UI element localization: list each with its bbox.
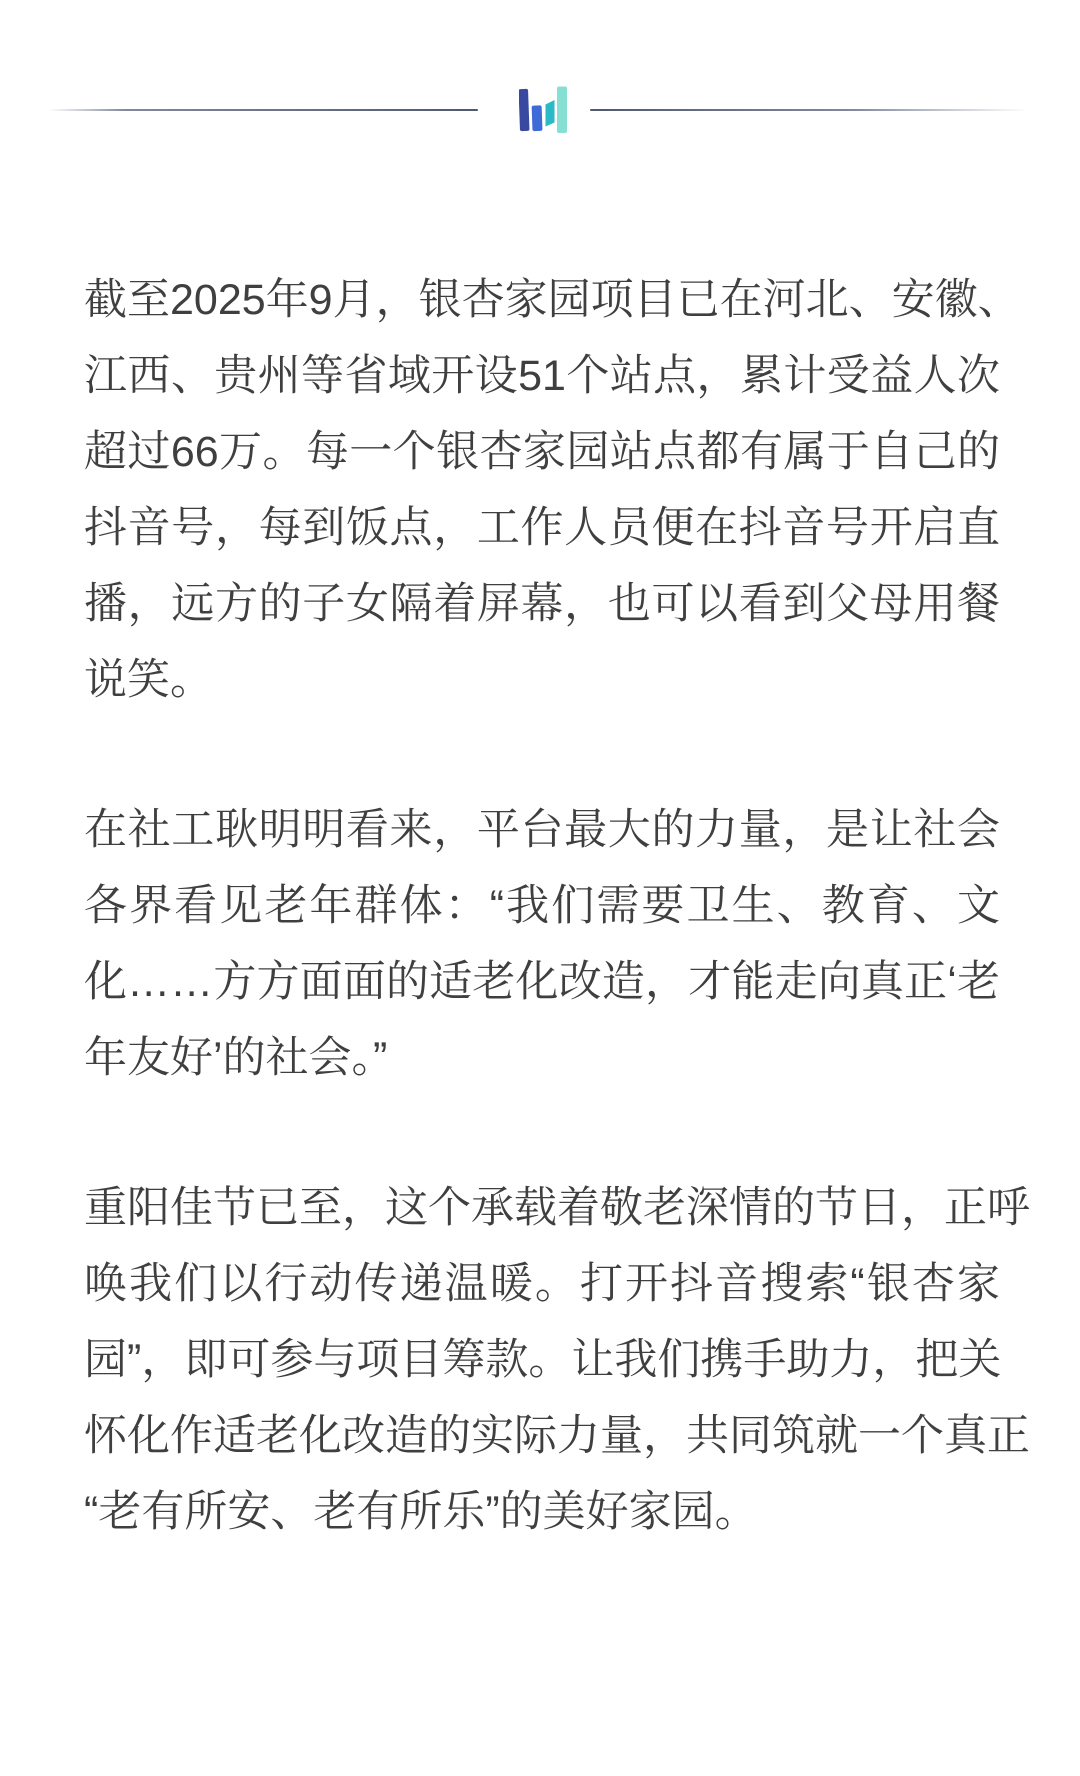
text-line: 化……方方面面的适老化改造，才能走向真正‘老 bbox=[84, 944, 1000, 1020]
article-body: 截至2025年9月，银杏家园项目已在河北、安徽、江西、贵州等省域开设51个站点，… bbox=[84, 262, 1000, 1624]
bar-chart-logo-icon bbox=[519, 86, 567, 134]
text-line: 在社工耿明明看来，平台最大的力量，是让社会 bbox=[84, 792, 1000, 868]
text-line: 各界看见老年群体：“我们需要卫生、教育、文 bbox=[84, 868, 1000, 944]
text-line: 重阳佳节已至，这个承载着敬老深情的节日，正呼 bbox=[84, 1170, 1000, 1246]
text-line: 唤我们以行动传递温暖。打开抖音搜索“银杏家 bbox=[84, 1246, 1000, 1322]
text-line: “老有所安、老有所乐”的美好家园。 bbox=[84, 1474, 1000, 1550]
text-line: 抖音号，每到饭点，工作人员便在抖音号开启直 bbox=[84, 490, 1000, 566]
text-line: 说笑。 bbox=[84, 642, 1000, 718]
header-divider bbox=[0, 86, 1080, 134]
article-page: 截至2025年9月，银杏家园项目已在河北、安徽、江西、贵州等省域开设51个站点，… bbox=[0, 0, 1080, 1776]
text-line: 超过66万。每一个银杏家园站点都有属于自己的 bbox=[84, 414, 1000, 490]
paragraph: 在社工耿明明看来，平台最大的力量，是让社会各界看见老年群体：“我们需要卫生、教育… bbox=[84, 792, 1000, 1096]
text-line: 园”，即可参与项目筹款。让我们携手助力，把关 bbox=[84, 1322, 1000, 1398]
text-line: 江西、贵州等省域开设51个站点，累计受益人次 bbox=[84, 338, 1000, 414]
paragraph: 重阳佳节已至，这个承载着敬老深情的节日，正呼唤我们以行动传递温暖。打开抖音搜索“… bbox=[84, 1170, 1000, 1550]
text-line: 年友好’的社会。” bbox=[84, 1020, 1000, 1096]
divider-line-right bbox=[590, 109, 1028, 111]
text-line: 怀化作适老化改造的实际力量，共同筑就一个真正 bbox=[84, 1398, 1000, 1474]
text-line: 播，远方的子女隔着屏幕，也可以看到父母用餐 bbox=[84, 566, 1000, 642]
paragraph: 截至2025年9月，银杏家园项目已在河北、安徽、江西、贵州等省域开设51个站点，… bbox=[84, 262, 1000, 718]
divider-line-left bbox=[48, 109, 478, 111]
text-line: 截至2025年9月，银杏家园项目已在河北、安徽、 bbox=[84, 262, 1000, 338]
